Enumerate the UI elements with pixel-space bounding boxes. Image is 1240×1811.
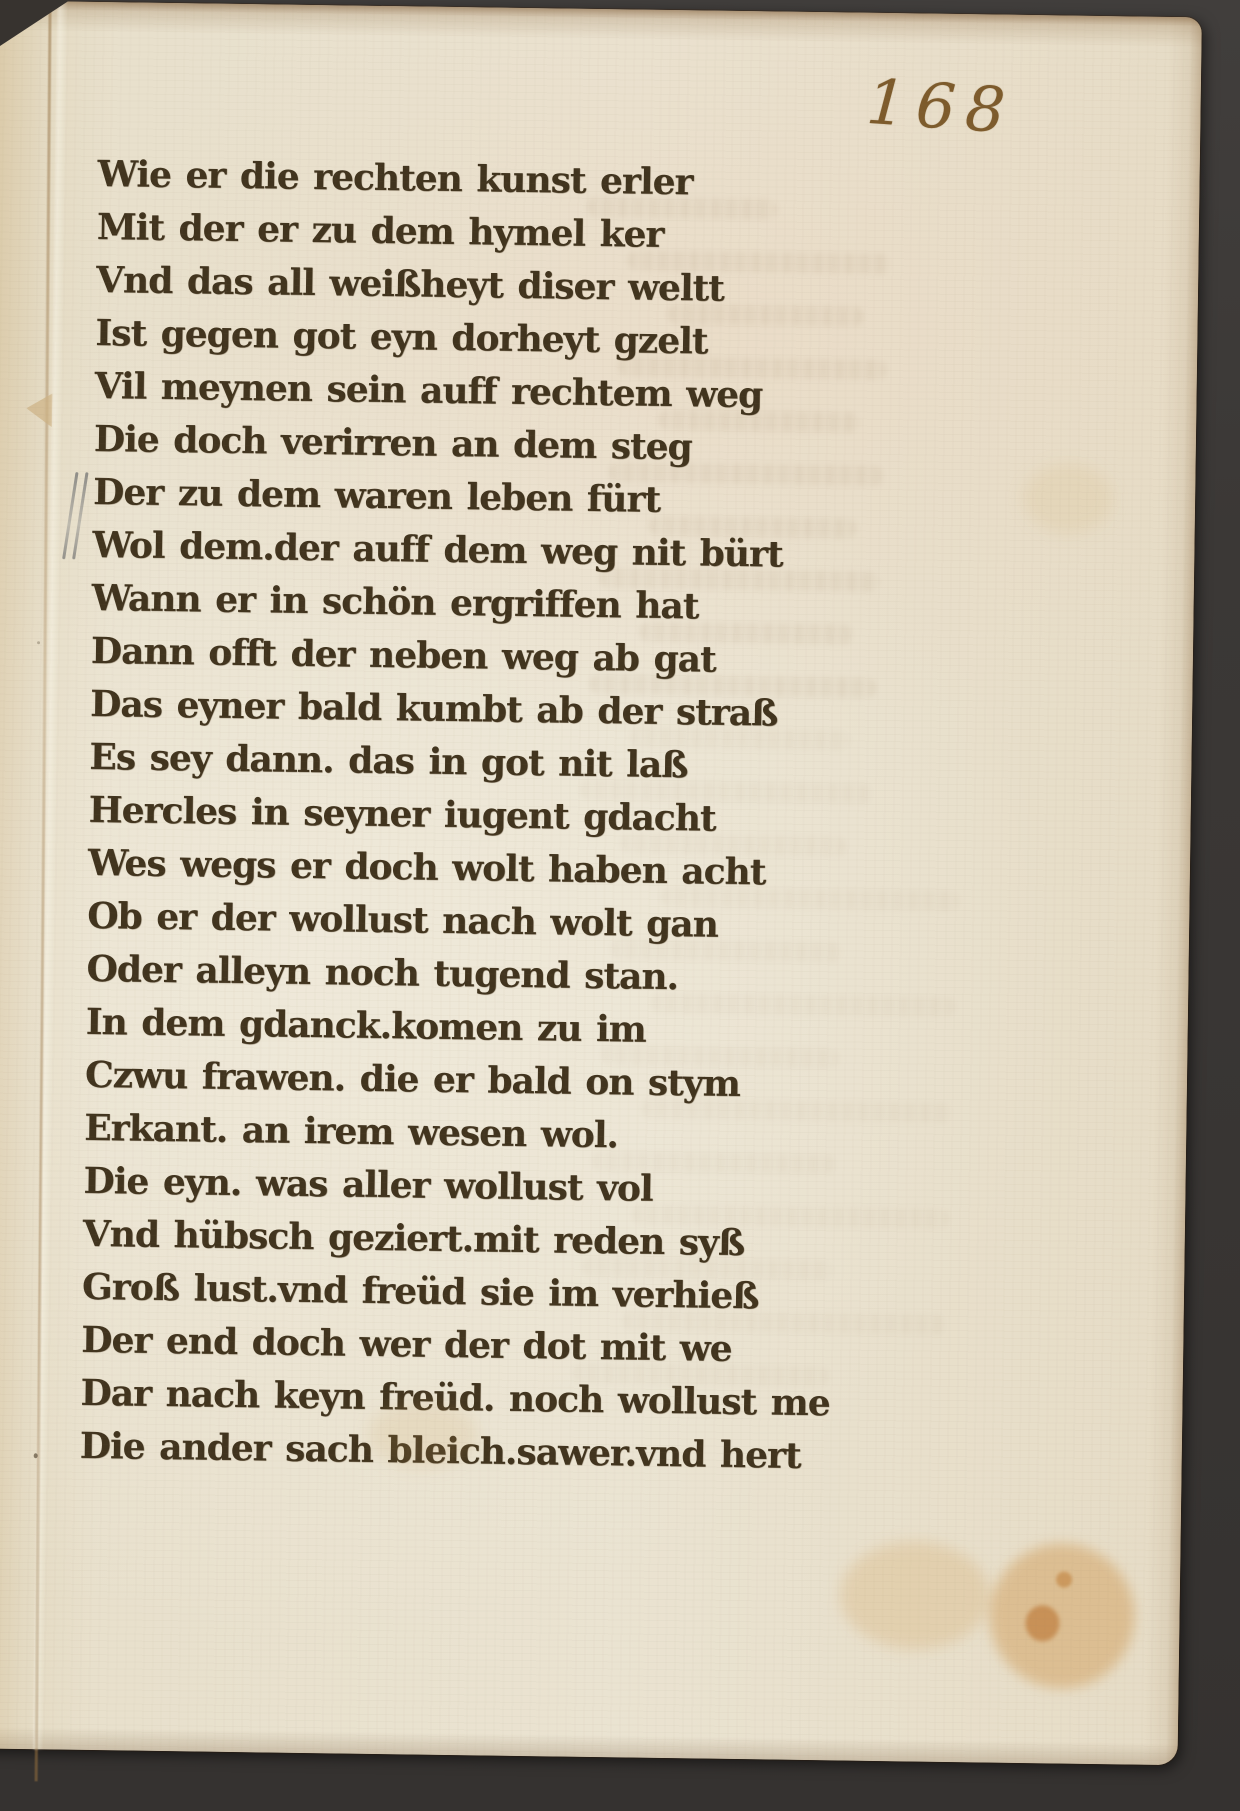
- gutter-crease-notch: [26, 393, 52, 427]
- gutter-crease-highlight: [34, 1, 68, 1749]
- pencil-margin-mark: [62, 472, 93, 564]
- foxing-stain: [989, 1543, 1136, 1690]
- scanned-book-page: Wie er die rechten kunst erlerMit der er…: [0, 0, 1240, 1811]
- foxing-stain: [1023, 463, 1114, 534]
- foxing-stain-dot: [1056, 1572, 1072, 1588]
- ink-speck: [34, 1453, 38, 1458]
- poem-text: Wie er die rechten kunst erlerMit der er…: [79, 148, 917, 1484]
- poem-line: Die ander sach bleich.sawer.vnd hert: [79, 1420, 900, 1484]
- foxing-stain-core: [1025, 1605, 1059, 1641]
- folio-number: 168: [865, 71, 1017, 143]
- book-page: Wie er die rechten kunst erlerMit der er…: [0, 0, 1202, 1765]
- ink-speck: [37, 641, 40, 644]
- foxing-stain: [839, 1540, 990, 1650]
